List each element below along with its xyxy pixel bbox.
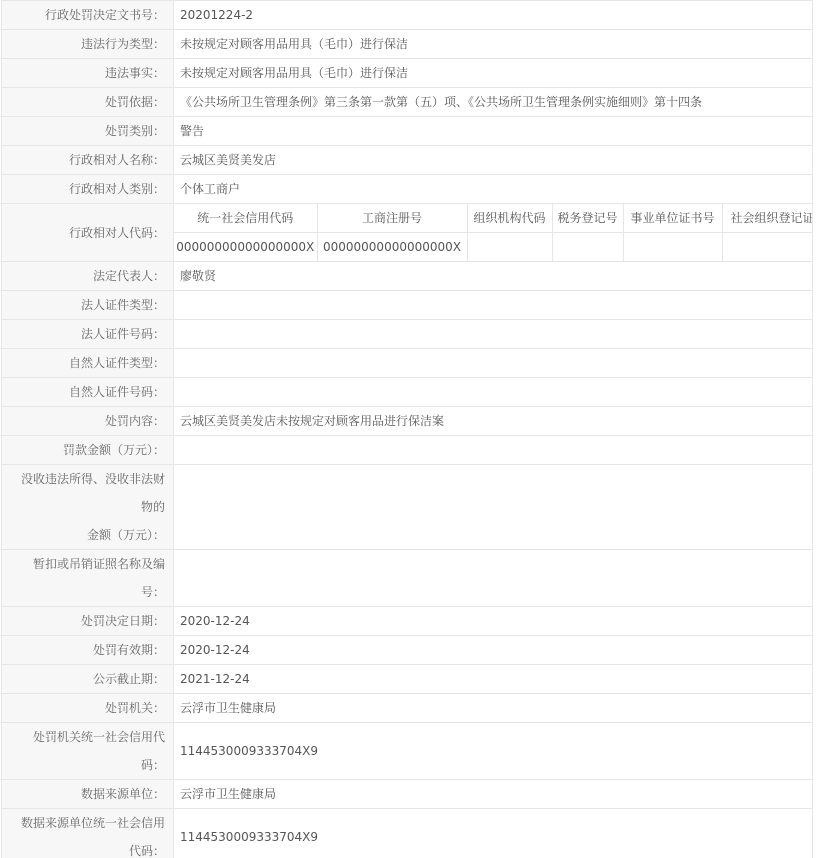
label-party-category: 行政相对人类别： [2, 175, 174, 204]
header-institution-cert: 事业单位证书号 [623, 204, 722, 233]
label-line: 号： [2, 578, 165, 606]
label-data-source: 数据来源单位： [2, 780, 174, 809]
row-penalty-basis: 处罚依据： 《公共场所卫生管理条例》第三条第一款第（五）项、《公共场所卫生管理条… [2, 88, 813, 117]
row-decision-number: 行政处罚决定文书号： 20201224-2 [2, 1, 813, 30]
label-license-revocation: 暂扣或吊销证照名称及编 号： [2, 550, 174, 607]
value-business-reg: 00000000000000000X [317, 233, 467, 262]
row-violation-facts: 违法事实： 未按规定对顾客用品用具（毛巾）进行保洁 [2, 59, 813, 88]
label-penalty-authority: 处罚机关： [2, 694, 174, 723]
row-validity-period: 处罚有效期： 2020-12-24 [2, 636, 813, 665]
value-violation-type: 未按规定对顾客用品用具（毛巾）进行保洁 [174, 30, 813, 59]
value-fine-amount [174, 436, 813, 465]
value-data-source-uscc: 1144530009333704X9 [174, 809, 813, 858]
value-penalty-content: 云城区美贤美发店未按规定对顾客用品进行保洁案 [174, 407, 813, 436]
header-tax-reg: 税务登记号 [552, 204, 623, 233]
value-institution-cert [623, 233, 722, 262]
label-validity-period: 处罚有效期： [2, 636, 174, 665]
penalty-detail-table: 行政处罚决定文书号： 20201224-2 违法行为类型： 未按规定对顾客用品用… [1, 0, 813, 858]
value-violation-facts: 未按规定对顾客用品用具（毛巾）进行保洁 [174, 59, 813, 88]
row-data-source-uscc: 数据来源单位统一社会信用 代码： 1144530009333704X9 [2, 809, 813, 858]
value-data-source: 云浮市卫生健康局 [174, 780, 813, 809]
row-legal-id-type: 法人证件类型： [2, 291, 813, 320]
label-line: 暂扣或吊销证照名称及编 [2, 550, 165, 578]
party-codes-cell: 统一社会信用代码 工商注册号 组织机构代码 税务登记号 事业单位证书号 社会组织… [174, 204, 813, 262]
value-penalty-authority: 云浮市卫生健康局 [174, 694, 813, 723]
label-decision-date: 处罚决定日期： [2, 607, 174, 636]
party-codes-table: 统一社会信用代码 工商注册号 组织机构代码 税务登记号 事业单位证书号 社会组织… [174, 204, 813, 261]
row-legal-id-number: 法人证件号码： [2, 320, 813, 349]
label-violation-facts: 违法事实： [2, 59, 174, 88]
label-line: 码： [2, 751, 165, 779]
label-legal-rep: 法定代表人： [2, 262, 174, 291]
row-fine-amount: 罚款金额（万元）： [2, 436, 813, 465]
value-org-code [467, 233, 552, 262]
value-natural-id-number [174, 378, 813, 407]
value-penalty-category: 警告 [174, 117, 813, 146]
label-legal-id-type: 法人证件类型： [2, 291, 174, 320]
value-legal-rep: 廖敬贤 [174, 262, 813, 291]
value-party-name: 云城区美贤美发店 [174, 146, 813, 175]
codes-header-row: 统一社会信用代码 工商注册号 组织机构代码 税务登记号 事业单位证书号 社会组织… [174, 204, 813, 233]
label-line: 物的 [2, 493, 165, 521]
row-party-category: 行政相对人类别： 个体工商户 [2, 175, 813, 204]
label-party-name: 行政相对人名称： [2, 146, 174, 175]
label-confiscation-amount: 没收违法所得、没收非法财 物的 金额（万元）： [2, 465, 174, 550]
value-tax-reg [552, 233, 623, 262]
value-validity-period: 2020-12-24 [174, 636, 813, 665]
label-natural-id-type: 自然人证件类型： [2, 349, 174, 378]
row-penalty-content: 处罚内容： 云城区美贤美发店未按规定对顾客用品进行保洁案 [2, 407, 813, 436]
value-natural-id-type [174, 349, 813, 378]
value-decision-number: 20201224-2 [174, 1, 813, 30]
row-confiscation-amount: 没收违法所得、没收非法财 物的 金额（万元）： [2, 465, 813, 550]
label-penalty-category: 处罚类别： [2, 117, 174, 146]
row-data-source: 数据来源单位： 云浮市卫生健康局 [2, 780, 813, 809]
value-uscc: 00000000000000000X [174, 233, 317, 262]
row-natural-id-number: 自然人证件号码： [2, 378, 813, 407]
label-fine-amount: 罚款金额（万元）： [2, 436, 174, 465]
label-decision-number: 行政处罚决定文书号： [2, 1, 174, 30]
label-publicity-deadline: 公示截止期： [2, 665, 174, 694]
row-violation-type: 违法行为类型： 未按规定对顾客用品用具（毛巾）进行保洁 [2, 30, 813, 59]
row-publicity-deadline: 公示截止期： 2021-12-24 [2, 665, 813, 694]
label-line: 处罚机关统一社会信用代 [2, 723, 165, 751]
value-party-category: 个体工商户 [174, 175, 813, 204]
value-decision-date: 2020-12-24 [174, 607, 813, 636]
label-line: 金额（万元）： [2, 521, 165, 549]
label-legal-id-number: 法人证件号码： [2, 320, 174, 349]
value-legal-id-type [174, 291, 813, 320]
label-authority-uscc: 处罚机关统一社会信用代 码： [2, 723, 174, 780]
row-penalty-authority: 处罚机关： 云浮市卫生健康局 [2, 694, 813, 723]
label-line: 没收违法所得、没收非法财 [2, 465, 165, 493]
row-party-name: 行政相对人名称： 云城区美贤美发店 [2, 146, 813, 175]
label-penalty-basis: 处罚依据： [2, 88, 174, 117]
label-party-codes: 行政相对人代码： [2, 204, 174, 262]
row-legal-rep: 法定代表人： 廖敬贤 [2, 262, 813, 291]
header-business-reg: 工商注册号 [317, 204, 467, 233]
row-authority-uscc: 处罚机关统一社会信用代 码： 1144530009333704X9 [2, 723, 813, 780]
header-uscc: 统一社会信用代码 [174, 204, 317, 233]
codes-value-row: 00000000000000000X 00000000000000000X [174, 233, 813, 262]
label-violation-type: 违法行为类型： [2, 30, 174, 59]
value-publicity-deadline: 2021-12-24 [174, 665, 813, 694]
value-authority-uscc: 1144530009333704X9 [174, 723, 813, 780]
label-line: 数据来源单位统一社会信用 [2, 809, 165, 837]
header-social-org-cert: 社会组织登记证号 [722, 204, 813, 233]
header-org-code: 组织机构代码 [467, 204, 552, 233]
row-party-codes: 行政相对人代码： 统一社会信用代码 工商注册号 组织机构代码 税务登记号 事业单… [2, 204, 813, 262]
value-social-org-cert [722, 233, 813, 262]
row-natural-id-type: 自然人证件类型： [2, 349, 813, 378]
row-penalty-category: 处罚类别： 警告 [2, 117, 813, 146]
value-penalty-basis: 《公共场所卫生管理条例》第三条第一款第（五）项、《公共场所卫生管理条例实施细则》… [174, 88, 813, 117]
label-data-source-uscc: 数据来源单位统一社会信用 代码： [2, 809, 174, 858]
label-natural-id-number: 自然人证件号码： [2, 378, 174, 407]
value-license-revocation [174, 550, 813, 607]
value-confiscation-amount [174, 465, 813, 550]
label-penalty-content: 处罚内容： [2, 407, 174, 436]
value-legal-id-number [174, 320, 813, 349]
label-line: 代码： [2, 837, 165, 858]
row-decision-date: 处罚决定日期： 2020-12-24 [2, 607, 813, 636]
row-license-revocation: 暂扣或吊销证照名称及编 号： [2, 550, 813, 607]
